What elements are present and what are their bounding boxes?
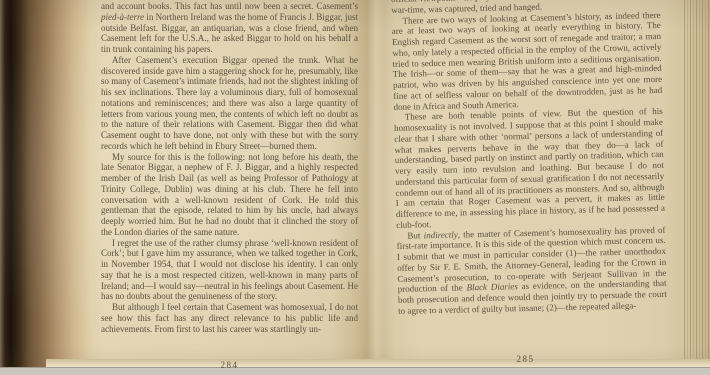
fanned-page-edges-right (684, 0, 710, 368)
paragraph: There are two ways of looking at Casemen… (391, 9, 662, 112)
right-page-text: official viewpoint—he play war-time, was… (391, 0, 667, 316)
paragraph: After Casement’s execution Biggar opened… (101, 55, 358, 152)
paragraph: These are both tenable points of view. B… (394, 106, 666, 230)
page-number-right: 285 (391, 354, 660, 364)
book-photo: and account books. This fact has until n… (0, 0, 710, 375)
left-page-text: and account books. This fact has until n… (101, 1, 358, 334)
paragraph: I regret the use of the rather clumsy ph… (101, 238, 358, 303)
page-number-left: 284 (101, 360, 358, 370)
paragraph: and account books. This fact has until n… (101, 1, 358, 55)
paragraph: But although I feel certain that Casemen… (101, 302, 358, 334)
paragraph: My source for this is the following: not… (101, 152, 358, 238)
paragraph: But indirectly, the matter of Casement’s… (396, 224, 667, 316)
